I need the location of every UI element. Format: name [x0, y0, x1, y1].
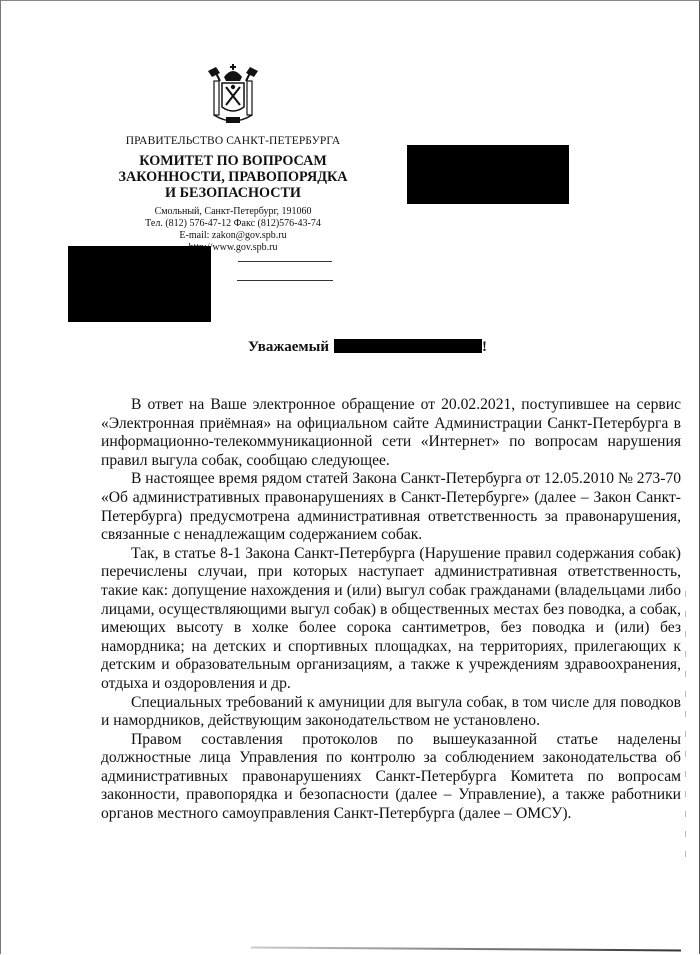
phone-fax: Тел. (812) 576-47-12 Факс (812)576-43-74	[105, 218, 361, 230]
redacted-recipient-block	[407, 145, 569, 204]
scan-edge-line	[251, 946, 681, 951]
address: Смольный, Санкт-Петербург, 191060	[105, 206, 361, 218]
email: E-mail: zakon@gov.spb.ru	[105, 230, 361, 242]
salutation-prefix: Уважаемый	[248, 339, 329, 355]
document-page: ПРАВИТЕЛЬСТВО САНКТ-ПЕТЕРБУРГА КОМИТЕТ П…	[0, 0, 700, 954]
letter-body: В ответ на Ваше электронное обращение от…	[101, 396, 681, 824]
salutation: Уважаемый!	[248, 339, 487, 356]
coat-of-arms-icon	[202, 63, 264, 129]
government-name: ПРАВИТЕЛЬСТВО САНКТ-ПЕТЕРБУРГА	[105, 135, 361, 147]
committee-line-1: КОМИТЕТ ПО ВОПРОСАМ	[105, 153, 361, 169]
salutation-suffix: !	[482, 339, 487, 355]
letterhead: ПРАВИТЕЛЬСТВО САНКТ-ПЕТЕРБУРГА КОМИТЕТ П…	[105, 63, 361, 254]
committee-line-3: И БЕЗОПАСНОСТИ	[105, 185, 361, 201]
paragraph: В настоящее время рядом статей Закона Са…	[101, 470, 681, 544]
paragraph: Правом составления протоколов по вышеука…	[101, 731, 681, 824]
redacted-name	[334, 339, 482, 353]
committee-line-2: ЗАКОННОСТИ, ПРАВОПОРЯДКА	[105, 169, 361, 185]
committee-name: КОМИТЕТ ПО ВОПРОСАМ ЗАКОННОСТИ, ПРАВОПОР…	[105, 153, 361, 201]
redacted-reference-block	[68, 246, 211, 322]
scan-margin-mark	[685, 591, 686, 871]
paragraph: Так, в статье 8-1 Закона Санкт-Петербург…	[101, 545, 681, 694]
paragraph: Специальных требований к амуниции для вы…	[101, 694, 681, 731]
paragraph: В ответ на Ваше электронное обращение от…	[101, 396, 681, 470]
date-blank-line	[238, 261, 332, 262]
number-blank-line	[237, 280, 333, 281]
